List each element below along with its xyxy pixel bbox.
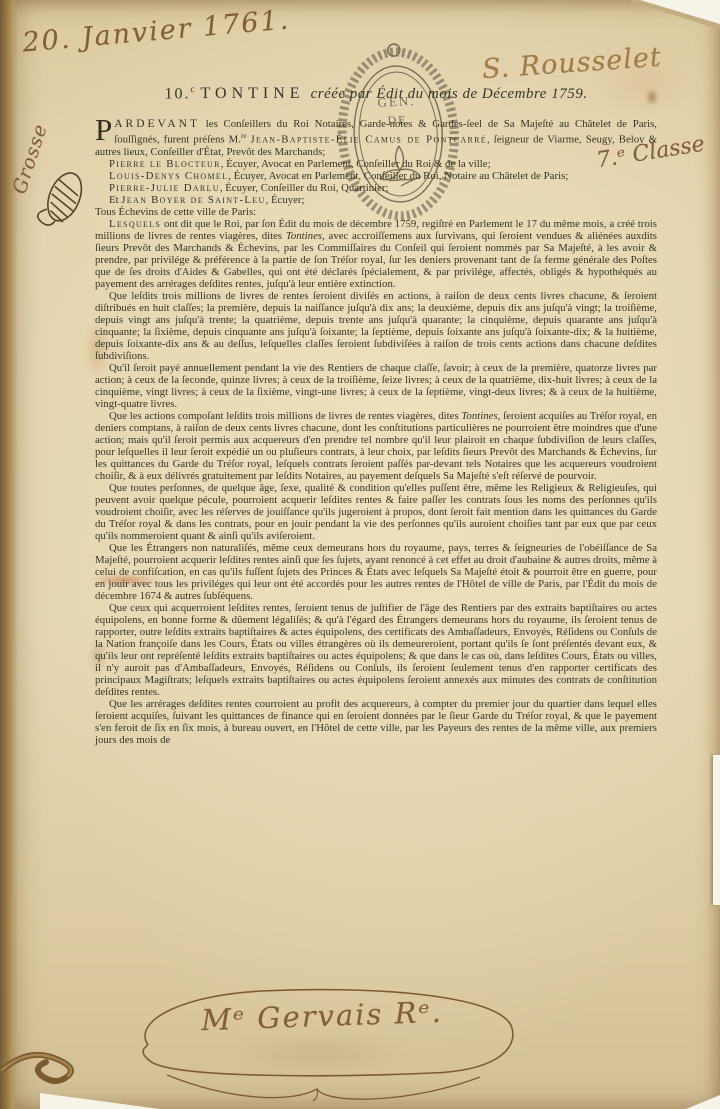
binding-thread [0,1030,130,1109]
paragraph: Que ceux qui acquerroient leſdites rente… [95,602,657,698]
text-segment: Et [109,194,121,206]
title-number: 10. [165,85,191,102]
paragraph: Que les arrérages deſdites rentes courro… [95,698,657,746]
title-subtitle: créée par Édit du mois de Décembre 1759. [311,86,588,102]
paper-sheet: 20. Janvier 1761. S. Rousselet Grosse 7.… [0,0,720,1109]
text-segment: , Écuyer, Avocat en Parlement, Conſeille… [228,170,568,182]
document-title: 10.cTONTINEcréée par Édit du mois de Déc… [95,84,657,103]
document-body: PARDEVANT les Conſeillers du Roi Notaire… [95,118,657,746]
paragraph: Que les actions compoſant leſdits trois … [95,410,657,482]
text-segment: , Écuyer; [266,194,305,206]
signature-block: Mᵉ Gervais Rᵉ. [112,983,532,1108]
title-number-superscript: c [191,84,195,94]
torn-edge-right [713,755,720,905]
paragraph: Lesquels ont dit que le Roi, par ſon Édi… [95,218,657,290]
paragraph: Que les Étrangers non naturaliſés, même … [95,542,657,602]
paragraph: Pierre-Julie Darlu, Écuyer, Conſeiller d… [95,182,657,194]
text-segment: Jean Boyer de Saint-Leu [121,194,265,206]
text-segment: , Écuyer, Conſeiller du Roi, Quartinier; [220,182,389,194]
text-segment: P [95,118,114,141]
title-word-tontine: TONTINE [201,85,305,102]
paragraph: PARDEVANT les Conſeillers du Roi Notaire… [95,118,657,158]
text-segment: Que toutes perſonnes, de quelque âge, ſe… [95,482,657,542]
text-segment: ARDEVANT [114,118,200,130]
document-page: 20. Janvier 1761. S. Rousselet Grosse 7.… [0,0,720,1109]
paragraph: Pierre le Blocteur, Écuyer, Avocat en Pa… [95,158,657,170]
paragraph: Et Jean Boyer de Saint-Leu, Écuyer; [95,194,657,206]
text-segment: Tontines [461,410,497,422]
text-segment: Louis-Denys Chomel [109,170,228,182]
torn-corner-bottom-right [686,1095,720,1109]
text-segment: Pierre-Julie Darlu [109,182,220,194]
text-segment: Que les Étrangers non naturaliſés, même … [95,542,657,602]
text-segment: Que leſdits trois millions de livres de … [95,290,657,362]
notary-paraph-doodle [26,162,98,234]
text-segment: , Écuyer, Avocat en Parlement, Conſeille… [221,158,491,170]
handwritten-date: 20. Janvier 1761. [21,4,291,58]
text-segment: Jean-Baptiste-Élie Camus de Pontcarré [251,134,487,146]
paragraph: Que leſdits trois millions de livres de … [95,290,657,362]
text-segment: Tontines [286,230,322,242]
text-segment: Tous Échevins de cette ville de Paris: [95,206,256,218]
paragraph: Tous Échevins de cette ville de Paris: [95,206,657,218]
text-segment: Qu'il ſeroit payé annuellement pendant l… [95,362,657,410]
torn-corner-top-right [640,0,720,24]
paragraph: Qu'il ſeroit payé annuellement pendant l… [95,362,657,410]
paragraph: Louis-Denys Chomel, Écuyer, Avocat en Pa… [95,170,657,182]
handwritten-signature-rousselet: S. Rousselet [481,42,663,85]
text-segment: Que les actions compoſant leſdits trois … [109,410,461,422]
paragraph: Que toutes perſonnes, de quelque âge, ſe… [95,482,657,542]
text-segment: Que les arrérages deſdites rentes courro… [95,698,657,746]
text-segment: Que ceux qui acquerroient leſdites rente… [95,602,657,698]
text-segment: Pierre le Blocteur [109,158,221,170]
text-segment: Lesquels [109,218,161,230]
